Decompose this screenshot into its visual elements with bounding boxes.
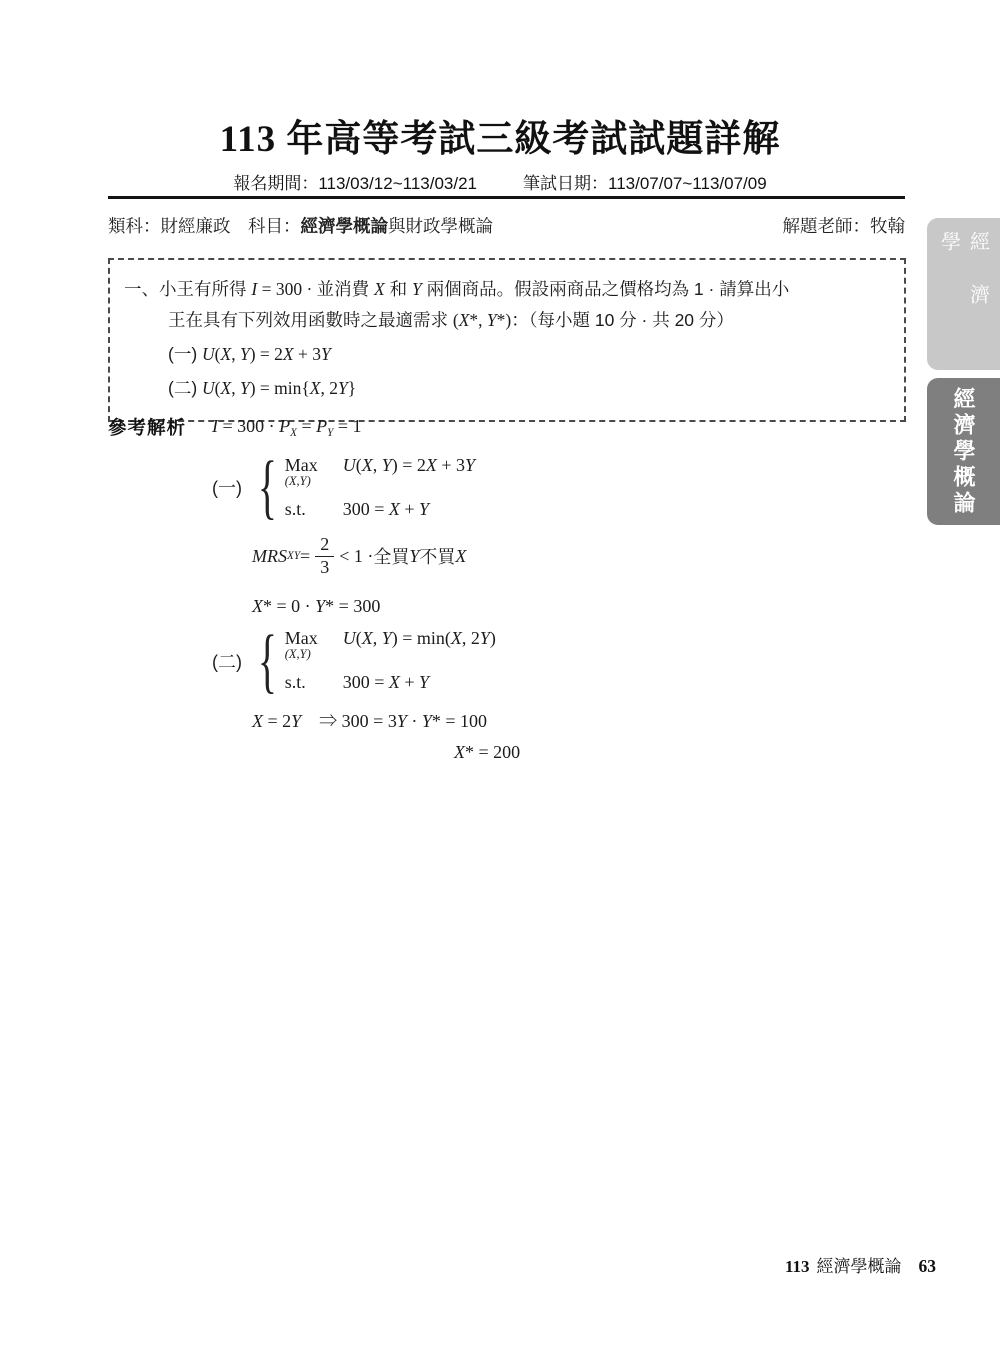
objective-function: U(X, Y) = 2X + 3Y	[343, 455, 475, 476]
question-item-1: (一) U(X, Y) = 2X + 3Y	[168, 339, 890, 370]
max-operator: Max (X,Y)	[285, 455, 343, 489]
sidebar-tab-economics-label: 經濟學	[935, 218, 993, 370]
system-1-rows: Max (X,Y) U(X, Y) = 2X + 3Y s.t. 300 = X…	[285, 455, 475, 520]
budget-constraint: 300 = X + Y	[343, 499, 429, 520]
optimization-system-1: (一) { Max (X,Y) U(X, Y) = 2X + 3Y s.t. 3…	[212, 455, 920, 520]
category-label: 類科：財經廉政 科目：	[108, 216, 301, 236]
max-label: Max	[285, 628, 318, 648]
system-1-label: (一)	[212, 474, 252, 500]
subject-rest: 與財政學概論	[388, 216, 493, 236]
given-conditions: I = 300 · PX = PY = 1	[212, 414, 920, 445]
solution-body: I = 300 · PX = PY = 1 (一) { Max (X,Y) U(…	[212, 414, 920, 764]
exam-solution-page: 113 年高等考試三級考試試題詳解 報名期間：113/03/12~113/03/…	[0, 0, 1000, 1353]
category-subject: 類科：財經廉政 科目：經濟學概論與財政學概論	[108, 213, 493, 238]
sidebar-tab-economics: 經濟學	[927, 218, 1000, 370]
max-subscript: (X,Y)	[285, 474, 343, 489]
budget-constraint: 300 = X + Y	[343, 672, 429, 693]
objective-row: Max (X,Y) U(X, Y) = 2X + 3Y	[285, 455, 475, 489]
sidebar-tab-economics-intro: 經濟學概論	[927, 378, 1000, 525]
question-text-1: 小王有所得 I = 300 · 並消費 X 和 Y 兩個商品。假設兩商品之價格均…	[159, 279, 789, 299]
question-block: 一、小王有所得 I = 300 · 並消費 X 和 Y 兩個商品。假設兩商品之價…	[124, 274, 890, 404]
footer-page-info: 113經濟學概論63	[785, 1252, 936, 1277]
question-line-2: 王在具有下列效用函數時之最適需求 (X*, Y*)：（每小題 10 分 · 共 …	[168, 305, 890, 336]
page-title: 113 年高等考試三級考試試題詳解	[0, 108, 1000, 162]
registration-period: 報名期間：113/03/12~113/03/21	[233, 174, 477, 193]
question-line-1: 一、小王有所得 I = 300 · 並消費 X 和 Y 兩個商品。假設兩商品之價…	[168, 274, 890, 305]
constraint-row: s.t. 300 = X + Y	[285, 499, 475, 520]
sidebar-tab-economics-intro-label: 經濟學概論	[948, 378, 979, 525]
meta-row: 類科：財經廉政 科目：經濟學概論與財政學概論 解題老師：牧翰	[108, 213, 905, 238]
solution-label: 參考解析	[108, 414, 212, 764]
final-solution-line-1: X = 2Y ⇒ 300 = 3Y · Y* = 100	[252, 709, 920, 733]
subject-to-label: s.t.	[285, 499, 343, 520]
left-brace: {	[258, 625, 277, 697]
objective-function: U(X, Y) = min(X, 2Y)	[343, 628, 496, 649]
left-brace: {	[258, 452, 277, 524]
footer-year: 113	[785, 1257, 810, 1276]
corner-solution-line: X* = 0 · Y* = 300	[252, 594, 920, 618]
optimization-system-2: (二) { Max (X,Y) U(X, Y) = min(X, 2Y) s.t…	[212, 628, 920, 693]
mrs-result-line: MRSXY = 23 < 1 · 全買 Y 不買 X	[252, 535, 920, 578]
teacher-label: 解題老師：牧翰	[783, 213, 906, 238]
objective-row: Max (X,Y) U(X, Y) = min(X, 2Y)	[285, 628, 496, 662]
subject-to-label: s.t.	[285, 672, 343, 693]
exam-dates-line: 報名期間：113/03/12~113/03/21筆試日期：113/07/07~1…	[0, 169, 1000, 194]
question-number: 一、	[124, 279, 159, 299]
system-2-label: (二)	[212, 648, 252, 674]
footer-subject: 經濟學概論	[817, 1257, 902, 1276]
final-solution-line-2: X* = 200	[454, 740, 920, 764]
written-exam-date: 筆試日期：113/07/07~113/07/09	[523, 174, 767, 193]
question-box: 一、小王有所得 I = 300 · 並消費 X 和 Y 兩個商品。假設兩商品之價…	[108, 258, 906, 422]
system-2-rows: Max (X,Y) U(X, Y) = min(X, 2Y) s.t. 300 …	[285, 628, 496, 693]
constraint-row: s.t. 300 = X + Y	[285, 672, 496, 693]
max-operator: Max (X,Y)	[285, 628, 343, 662]
max-label: Max	[285, 455, 318, 475]
question-item-2: (二) U(X, Y) = min{X, 2Y}	[168, 373, 890, 404]
subject-bold: 經濟學概論	[301, 216, 389, 236]
header-divider	[108, 196, 905, 199]
solution-section: 參考解析 I = 300 · PX = PY = 1 (一) { Max (X,…	[108, 414, 920, 764]
max-subscript: (X,Y)	[285, 647, 343, 662]
footer-page-number: 63	[919, 1256, 937, 1276]
